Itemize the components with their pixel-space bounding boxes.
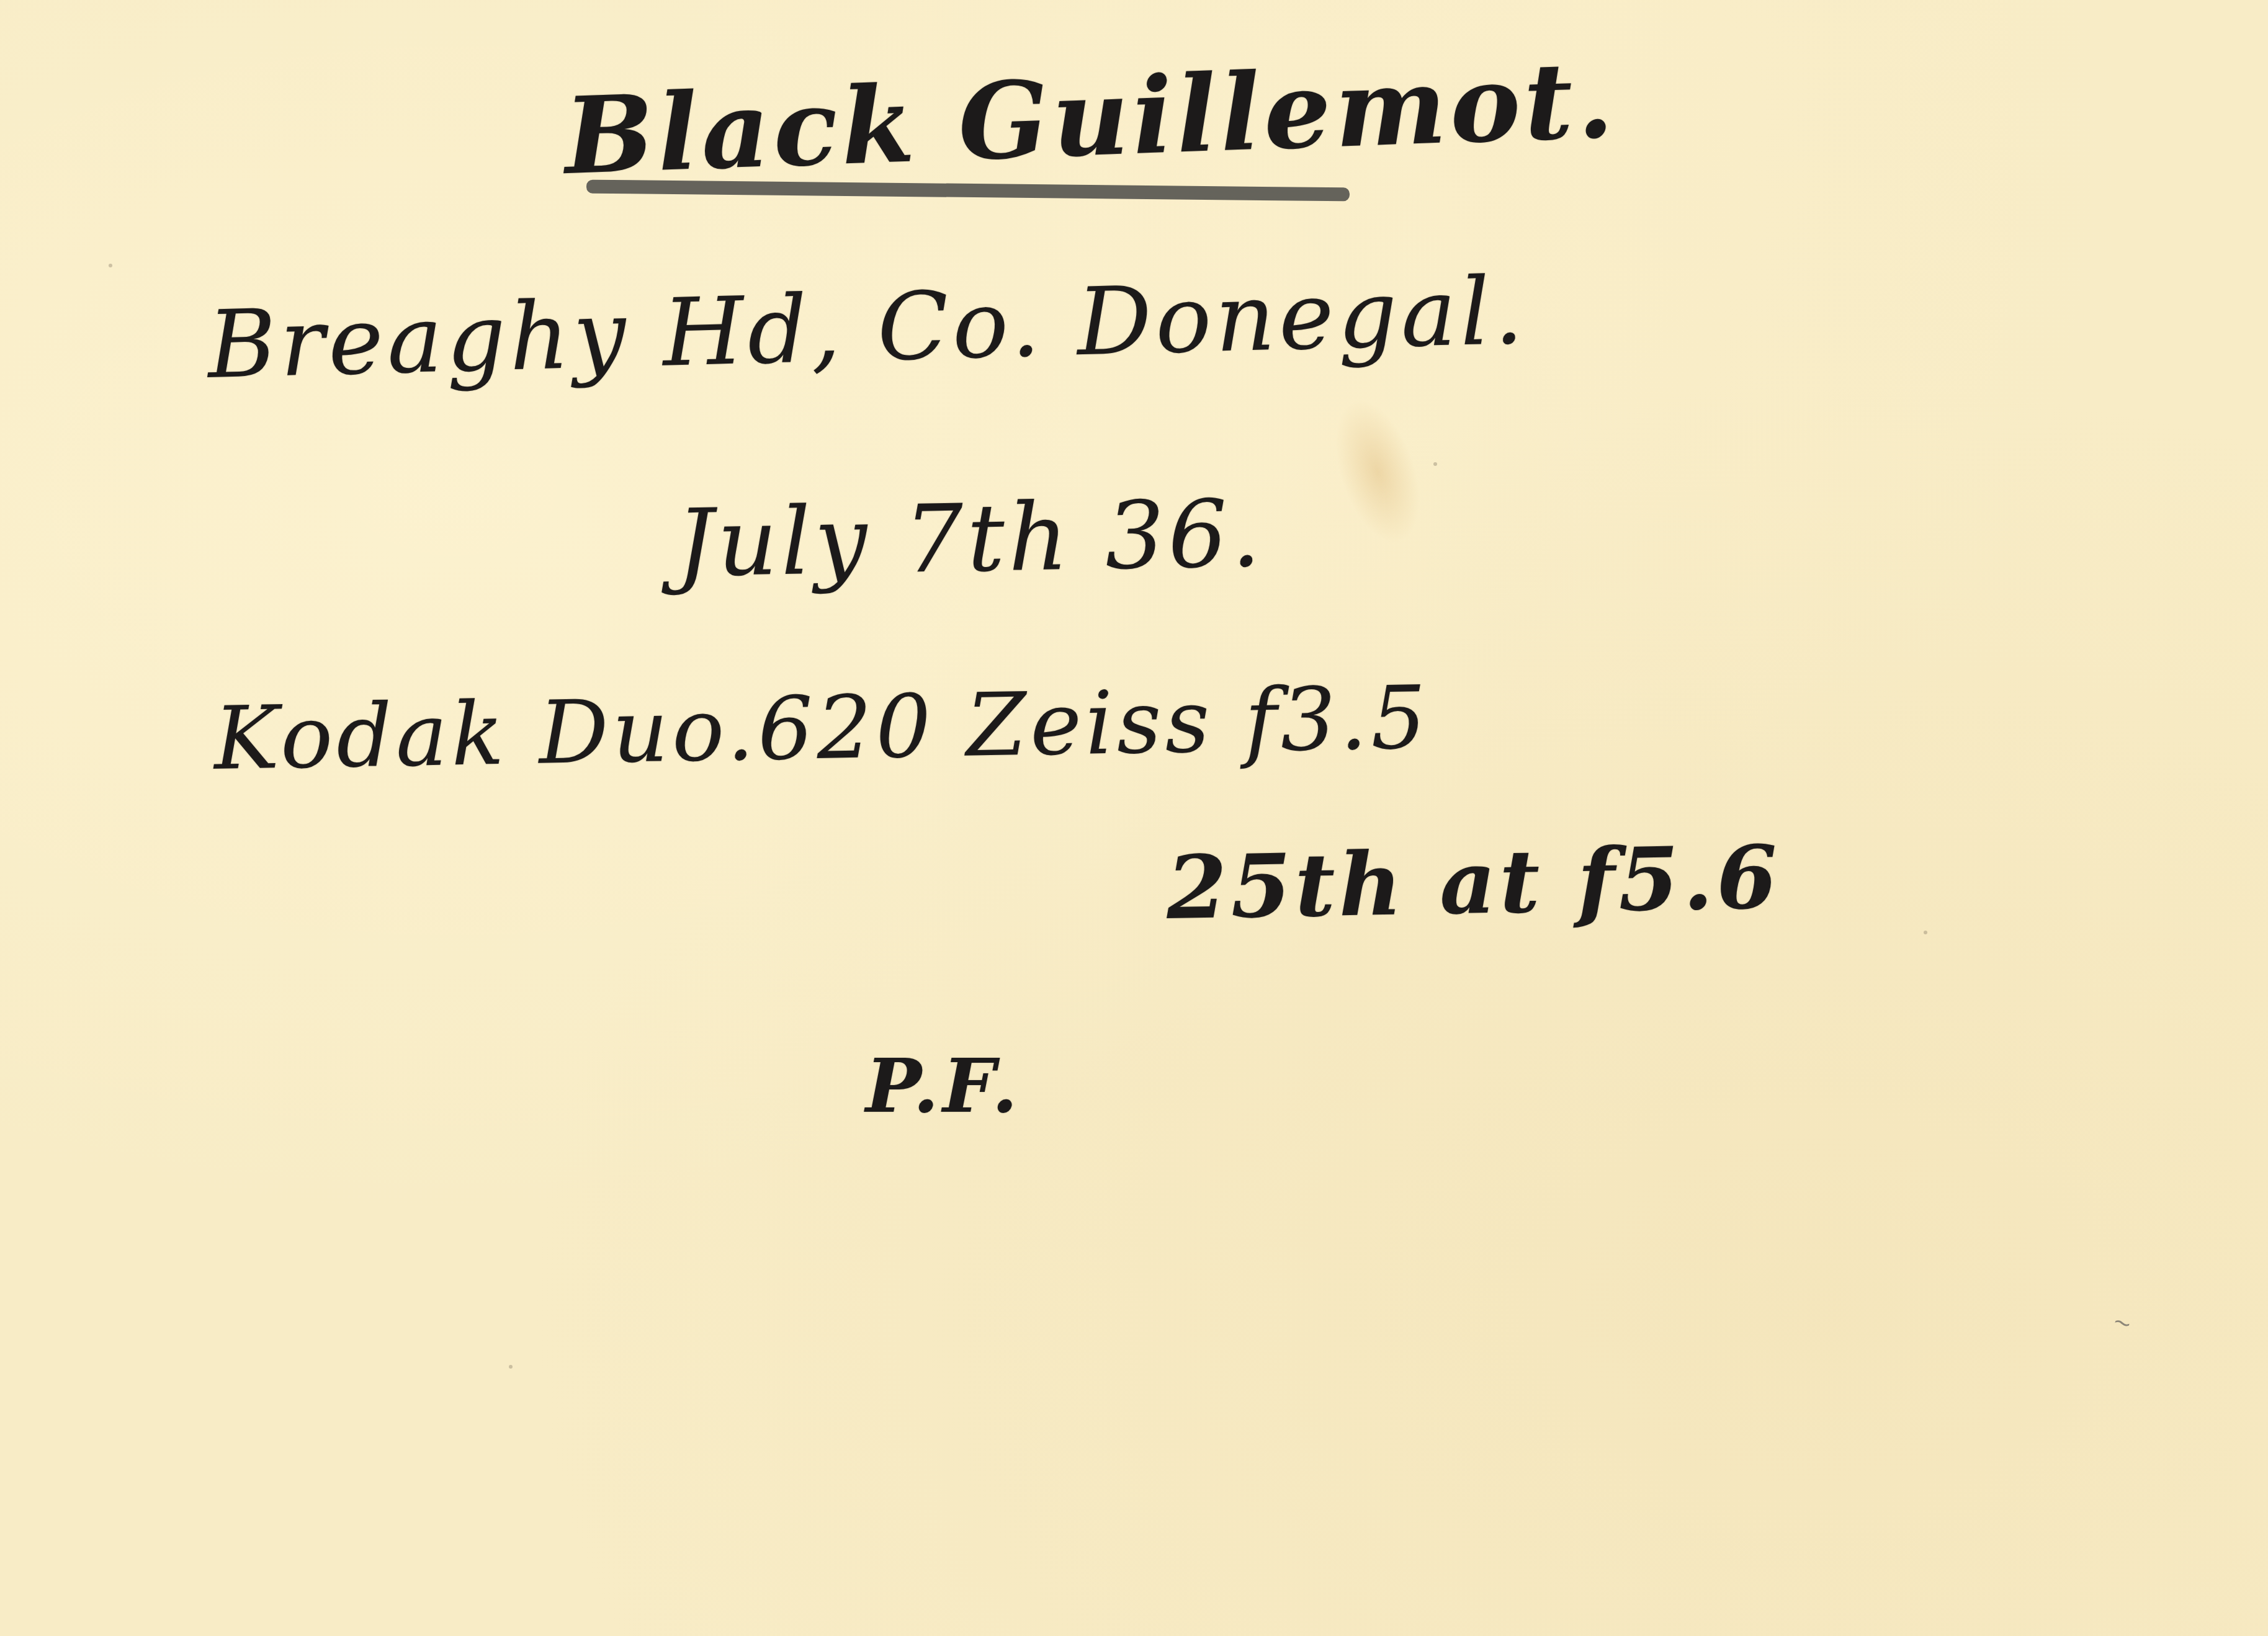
note-date: July 7th 36. [675,480,1265,598]
note-exposure-details: 25th at f5.6 [1166,827,1782,939]
foxing-stain [1319,389,1436,553]
note-camera-details: Kodak Duo.620 Zeiss f3.5 [213,668,1431,790]
note-initials: P.F. [866,1042,1021,1130]
paper-speck [1433,462,1437,466]
paper-speck [1924,931,1927,934]
note-title: Black Guillemot. [563,38,1620,199]
handwritten-note-card: Black Guillemot. Breaghy Hd, Co. Donegal… [0,0,2268,1636]
paper-fiber-mark: ~ [2109,1308,2135,1338]
note-location: Breaghy Hd, Co. Donegal. [207,257,1528,400]
paper-speck [509,1365,513,1369]
paper-speck [109,264,112,267]
